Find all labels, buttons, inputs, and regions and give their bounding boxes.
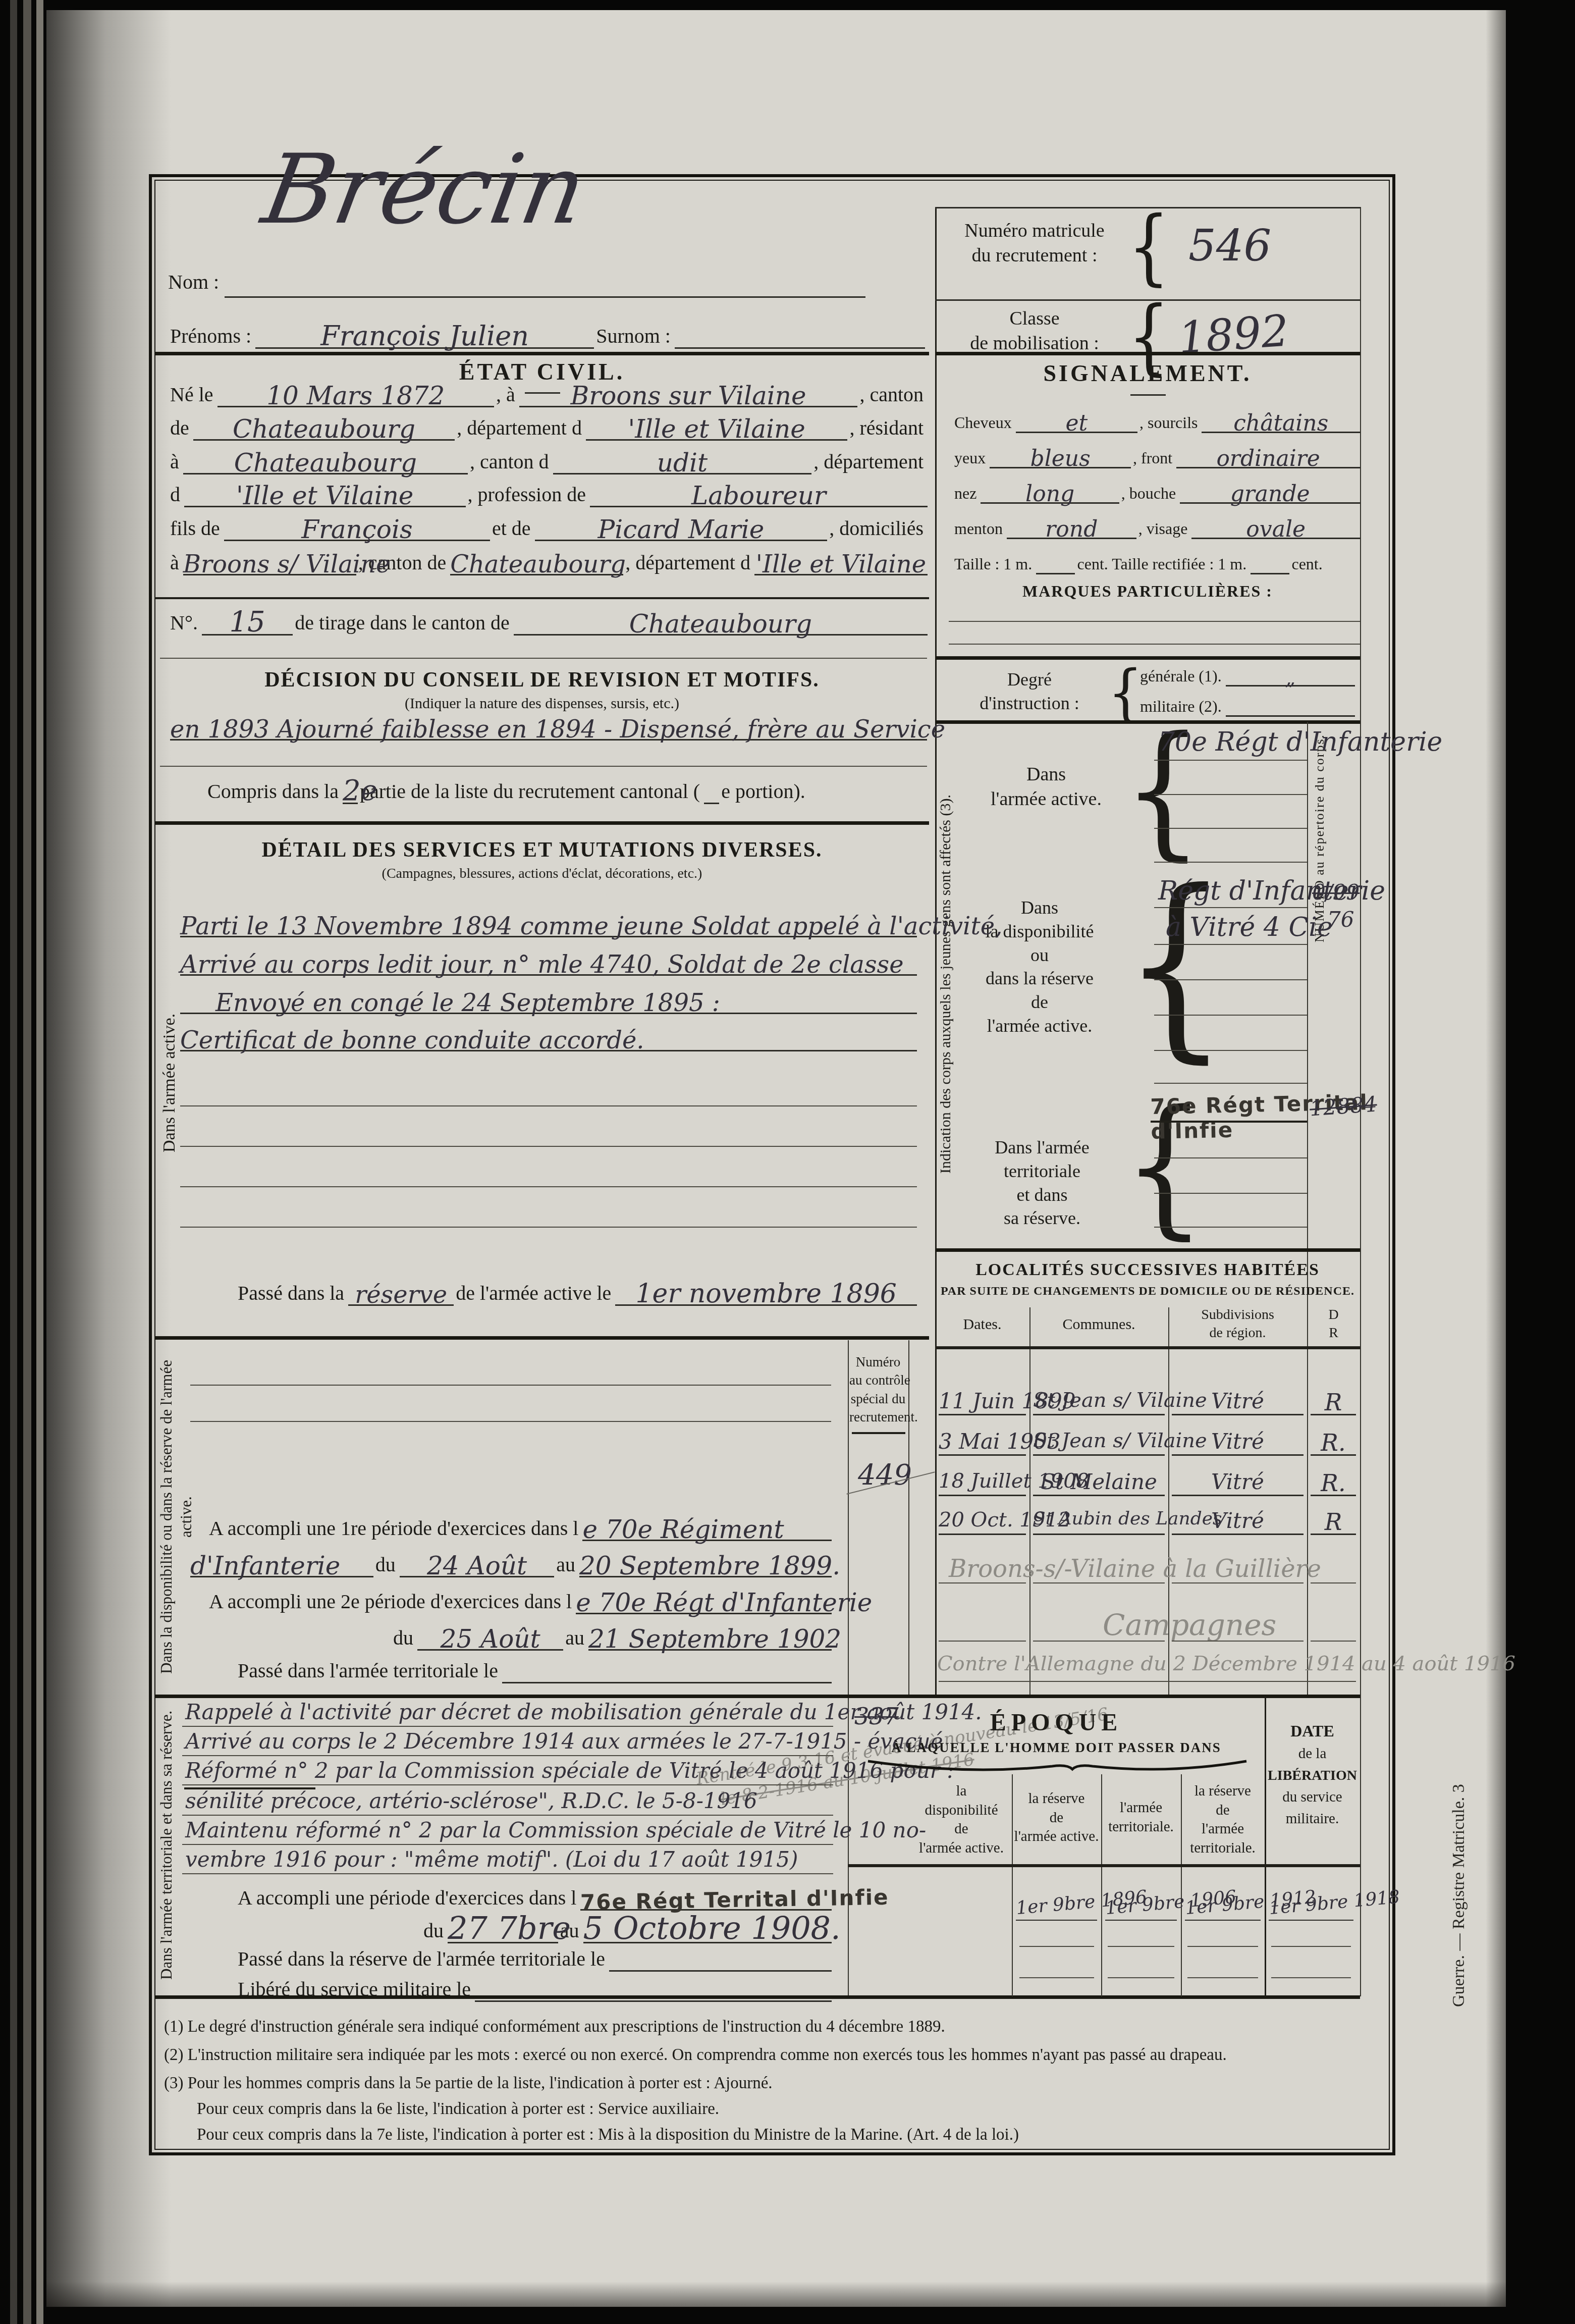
- degre-generale-label: générale (1).: [1138, 667, 1226, 686]
- residant-label: , résidant: [847, 416, 928, 441]
- epoque-blank-line: [1271, 1946, 1351, 1947]
- passe-value2: 1er novembre 1896: [636, 1279, 897, 1309]
- du-label: du: [391, 1626, 417, 1651]
- epoque-value-col4: 1er 9bre 1912: [1185, 1889, 1261, 1921]
- profession-label: , profession de: [466, 483, 590, 507]
- d-label: d: [168, 483, 184, 507]
- departement-label: , département d: [623, 551, 754, 575]
- territoriale-line4: sénilité précoce, artério-sclérose", R.D…: [185, 1788, 757, 1813]
- epoque-blank-line: [1019, 1946, 1094, 1947]
- nom-line: [225, 296, 865, 298]
- corps-line: [1154, 828, 1307, 829]
- etat-civil-row6: à Broons s/ Vilaine , canton de Chateaub…: [168, 544, 928, 575]
- disponibilite-side-label: Dans la disponibilité ou dans la réserve…: [157, 1350, 199, 1683]
- services-entry: Certificat de bonne conduite accordé.: [180, 1026, 644, 1054]
- services-entry: Envoyé en congé le 24 Septembre 1895 :: [180, 989, 720, 1017]
- de-label: de: [168, 416, 193, 441]
- services-bottom-rule: [155, 1336, 929, 1340]
- departement-label: , département d: [455, 416, 586, 441]
- services-entry: Parti le 13 Novembre 1894 comme jeune So…: [180, 912, 1002, 940]
- au-label: au: [554, 1553, 579, 1577]
- periode2-au-value: 21 Septembre 1902: [588, 1624, 841, 1654]
- corps-bottom-rule: [935, 1248, 1360, 1252]
- periode1-du-value: 24 Août: [427, 1551, 527, 1580]
- numero-tirage-value: 15: [229, 606, 265, 639]
- tirage-row: N°. 15 de tirage dans le canton de Chate…: [168, 604, 928, 636]
- footnote-2: (2) L'instruction militaire sera indiqué…: [164, 2046, 1227, 2065]
- corps-line: [1154, 1050, 1307, 1051]
- localites-cell: 11 Juin 1899: [939, 1385, 1026, 1415]
- passe-reserve-territoriale-row: Passé dans la réserve de l'armée territo…: [236, 1943, 832, 1972]
- cent-label: cent.: [1289, 555, 1326, 574]
- nez-label: nez: [952, 484, 981, 504]
- campagnes-title: Campagnes: [1103, 1608, 1276, 1642]
- services-line1: Parti le 13 Novembre 1894 comme jeune So…: [180, 907, 917, 937]
- corps-active-label: Dans l'armée active.: [970, 762, 1122, 812]
- services-blank-line: [180, 1146, 917, 1147]
- departement-label: , département: [811, 450, 928, 474]
- front-label: , front: [1131, 449, 1176, 468]
- localites-cell: Vitré: [1172, 1465, 1304, 1496]
- epoque-blank-line: [1271, 1977, 1351, 1978]
- territoriale-underline: [182, 1755, 833, 1756]
- corps-terr-margin-note: 12884: [1309, 1091, 1378, 1121]
- bouche-value: grande: [1230, 481, 1310, 507]
- compris-label: Compris dans la: [205, 779, 343, 804]
- periode1-label: A accompli une 1re période d'exercices d…: [207, 1516, 582, 1541]
- localites-subtitle: PAR SUITE DE CHANGEMENTS DE DOMICILE OU …: [935, 1285, 1360, 1298]
- domicilies-label: , domiciliés: [827, 516, 928, 541]
- blank-line: [160, 766, 927, 767]
- epoque-col1-label: ladisponibilitédel'armée active.: [911, 1782, 1012, 1858]
- epoque-title: ÉPOQUE: [848, 1709, 1265, 1736]
- page-edge-shadow: [46, 2282, 1506, 2307]
- blank-line: [160, 658, 927, 659]
- passe-label2: de l'armée active le: [454, 1281, 615, 1306]
- territoriale-underline: [182, 1726, 833, 1727]
- decision-value: en 1893 Ajourné faiblesse en 1894 - Disp…: [170, 715, 945, 744]
- degre-generale-row: générale (1). „: [1138, 661, 1355, 686]
- taille-rectifiee-label: cent. Taille rectifiée : 1 m.: [1075, 555, 1251, 574]
- surnom-value-line: [675, 347, 925, 349]
- signalement-bottom-rule: [935, 656, 1360, 660]
- front-value: ordinaire: [1216, 446, 1320, 471]
- localites-cell: R: [1311, 1504, 1356, 1535]
- corps-line: [1154, 760, 1307, 761]
- etat-civil-row1: Né le 10 Mars 1872 , à Broons sur Vilain…: [168, 376, 928, 407]
- etat-civil-row4: d 'Ille et Vilaine , profession de Labou…: [168, 476, 928, 507]
- matricule-label: Numéro matricule du recrutement :: [946, 219, 1123, 269]
- territoriale-underline: [182, 1873, 833, 1874]
- corps-line: [1154, 1015, 1307, 1016]
- sourcils-value: châtains: [1233, 410, 1328, 436]
- tirage-canton-label: de tirage dans le canton de: [293, 611, 513, 636]
- dispo-blank-line: [190, 1421, 831, 1422]
- matricule-brace: {: [1128, 205, 1170, 288]
- passe-reserve-territoriale-label: Passé dans la réserve de l'armée territo…: [236, 1947, 609, 1972]
- corps-line: [1154, 794, 1307, 795]
- menton-row: menton rond , visage ovale: [952, 510, 1360, 539]
- passe-reserve-row: Passé dans la réserve de l'armée active …: [236, 1275, 917, 1306]
- localites-cell: 20 Oct. 1912: [939, 1504, 1026, 1535]
- book-spine-strip: [10, 0, 17, 2324]
- nom-label: Nom :: [168, 270, 219, 294]
- taille-label: Taille : 1 m.: [952, 555, 1036, 574]
- matricule-form: Nom : Brécin Prénoms : François Julien S…: [149, 174, 1395, 2155]
- bouche-label: , bouche: [1119, 484, 1180, 504]
- periode2-label: A accompli une 2e période d'exercices da…: [207, 1590, 576, 1614]
- matricule-value: 546: [1188, 221, 1271, 271]
- canton2-value: udit: [657, 448, 708, 478]
- classe-label: Classe de mobilisation :: [946, 306, 1123, 356]
- et-de-label: et de: [490, 516, 535, 541]
- compris-label2: partie de la liste du recrutement canton…: [358, 779, 704, 804]
- departement3-value: 'Ille et Vilaine: [756, 550, 926, 578]
- book-spine-strip: [36, 0, 43, 2324]
- localites-col-divider: [1029, 1307, 1030, 1695]
- numero-repertoire-divider: [1307, 722, 1308, 1695]
- services-entry: Arrivé au corps ledit jour, n° mle 4740,…: [180, 950, 904, 979]
- decision-bottom-rule: [155, 821, 929, 825]
- etat-civil-bottom-rule: [155, 597, 929, 599]
- passe-value1: réserve: [355, 1281, 447, 1309]
- compris-row: Compris dans la 2e partie de la liste du…: [205, 774, 882, 804]
- degre-generale-value: „: [1285, 666, 1295, 690]
- services-line2: Arrivé au corps ledit jour, n° mle 4740,…: [180, 945, 917, 976]
- territoriale-du-value: 27 7bre: [448, 1910, 571, 1946]
- localites-cell: St Aubin des Landes: [1033, 1504, 1165, 1535]
- corps-terr-label: Dans l'armée territoriale et dans sa rés…: [966, 1136, 1118, 1230]
- periode1-row1: A accompli une 1re période d'exercices d…: [207, 1511, 832, 1541]
- yeux-row: yeux bleus , front ordinaire: [952, 439, 1360, 468]
- nez-value: long: [1025, 481, 1074, 507]
- localites-cell: R.: [1311, 1465, 1356, 1496]
- menton-value: rond: [1045, 516, 1098, 542]
- corps-stamp-line: [1151, 1121, 1307, 1123]
- sourcils-label: , sourcils: [1137, 413, 1202, 433]
- du-label: du: [421, 1919, 448, 1943]
- corps-line: [1154, 944, 1307, 945]
- marques-line: [949, 644, 1360, 645]
- au-label: au: [563, 1626, 588, 1651]
- prenoms-value: François Julien: [320, 320, 529, 352]
- canton-label: , canton d: [468, 450, 553, 474]
- epoque-header-rule: [848, 1864, 1360, 1867]
- fils-de-label: fils de: [168, 516, 224, 541]
- periode1-value2: d'Infanterie: [190, 1551, 340, 1580]
- epoque-blank-line: [1108, 1977, 1174, 1978]
- degre-label: Degré d'instruction :: [956, 668, 1103, 715]
- marques-line: [949, 621, 1360, 622]
- footnote-3: (3) Pour les hommes compris dans la 5e p…: [164, 2074, 773, 2093]
- yeux-value: bleus: [1030, 446, 1091, 471]
- cheveux-row: Cheveux et , sourcils châtains: [952, 404, 1360, 433]
- localites-header-rule: [935, 1346, 1360, 1349]
- services-blank-line: [180, 1105, 917, 1106]
- departement-value: 'Ille et Vilaine: [628, 414, 805, 444]
- footnote-4: Pour ceux compris dans la 6e liste, l'in…: [197, 2100, 719, 2119]
- epoque-value-col2: 1er 9bre 1896: [1016, 1889, 1097, 1921]
- localites-cell: Vitré: [1172, 1385, 1304, 1415]
- visage-value: ovale: [1246, 516, 1306, 542]
- controle-col-right: [908, 1340, 909, 1695]
- campagnes-value: Contre l'Allemagne du 2 Décembre 1914 au…: [937, 1652, 1515, 1675]
- localites-cell: St Melaine: [1033, 1465, 1165, 1496]
- date-liberation-label: DATE de la LIBÉRATION du service militai…: [1266, 1719, 1359, 1830]
- canton-value: Chateaubourg: [233, 414, 415, 444]
- corps-active-value: 70e Régt d'Infanterie: [1158, 727, 1442, 757]
- corps-line: [1154, 907, 1307, 908]
- numero-tirage-label: N°.: [168, 611, 202, 636]
- footnote-1: (1) Le degré d'instruction générale sera…: [164, 2018, 945, 2036]
- decision-subtitle: (Indiquer la nature des dispenses, sursi…: [155, 695, 929, 712]
- territoriale-du-au-row: du 27 7bre au 5 Octobre 1908.: [421, 1908, 832, 1943]
- epoque-col3-label: l'arméeterritoriale.: [1102, 1799, 1180, 1836]
- corps-line: [1154, 1227, 1307, 1228]
- main-column-divider: [935, 207, 937, 1696]
- visage-label: , visage: [1136, 519, 1192, 539]
- corps-dispo-margin-note: 0/99: [1312, 880, 1360, 905]
- surnom-label: Surnom :: [594, 324, 675, 349]
- territoriale-line5: Maintenu réformé n° 2 par la Commission …: [185, 1818, 926, 1842]
- dispo-blank-line: [190, 1385, 831, 1386]
- mother-value: Picard Marie: [598, 515, 765, 544]
- printers-margin-caption: Guerre. — Registre Matricule. 3: [1449, 1605, 1469, 2186]
- passe-territoriale-label: Passé dans l'armée territoriale le: [236, 1659, 502, 1683]
- epoque-value-col3: 1er 9bre 1906: [1105, 1889, 1177, 1921]
- identity-bottom-rule: [155, 352, 929, 355]
- decision-title: DÉCISION DU CONSEIL DE REVISION ET MOTIF…: [155, 668, 929, 692]
- services-line3: Envoyé en congé le 24 Septembre 1895 :: [180, 984, 917, 1014]
- localites-blank-line: [939, 1641, 1026, 1642]
- prenoms-label: Prénoms :: [168, 324, 255, 349]
- periode1-au-value: 20 Septembre 1899.: [579, 1551, 840, 1580]
- periode2-value: e 70e Régt d'Infanterie: [576, 1588, 872, 1617]
- epoque-subtitle: À LAQUELLE L'HOMME DOIT PASSER DANS: [848, 1740, 1265, 1756]
- epoque-value-date: 1er 9bre 1918: [1269, 1889, 1353, 1921]
- yeux-label: yeux: [952, 449, 990, 468]
- epoque-blank-line: [1187, 1946, 1258, 1947]
- services-subtitle: (Campagnes, blessures, actions d'éclat, …: [155, 866, 929, 882]
- services-line4: Certificat de bonne conduite accordé.: [180, 1021, 917, 1051]
- corps-line: [1154, 1193, 1307, 1194]
- corps-dispo-margin-note2: 76: [1327, 907, 1354, 932]
- prenoms-row: Prénoms : François Julien Surnom :: [168, 315, 925, 349]
- etat-civil-row3: à Chateaubourg , canton d udit , départe…: [168, 443, 928, 474]
- localites-cell: St Jean s/ Vilaine: [1033, 1385, 1165, 1415]
- decision-value-row: en 1893 Ajourné faiblesse en 1894 - Disp…: [170, 710, 927, 741]
- territoriale-underline: [182, 1815, 833, 1816]
- services-blank-line: [180, 1186, 917, 1187]
- nom-value: Brécin: [255, 134, 594, 245]
- mid-full-rule: [155, 1695, 1360, 1698]
- taille-row: Taille : 1 m. cent. Taille rectifiée : 1…: [952, 545, 1360, 574]
- services-title: DÉTAIL DES SERVICES ET MUTATIONS DIVERSE…: [155, 838, 929, 862]
- controle-header-rule: [852, 1432, 905, 1434]
- territoriale-line6: vembre 1916 pour : "même motif". (Loi du…: [185, 1847, 798, 1872]
- canton-label: , canton: [857, 383, 928, 407]
- corps-line: [1154, 979, 1307, 980]
- localites-cell: 3 Mai 1903: [939, 1425, 1026, 1456]
- localites-col-dr: D R: [1307, 1306, 1360, 1343]
- nez-row: nez long , bouche grande: [952, 474, 1360, 504]
- passe-label: Passé dans la: [236, 1281, 348, 1306]
- du-label: du: [373, 1553, 400, 1577]
- a-label: à: [168, 551, 183, 575]
- profession-value: Laboureur: [691, 481, 826, 510]
- epoque-col2-label: la réservedel'armée active.: [1013, 1789, 1100, 1846]
- territoriale-line3: Réformé n° 2 par la Commission spéciale …: [185, 1758, 954, 1783]
- canton3-value: Chateaubourg: [450, 550, 626, 578]
- localites-cell: R.: [1311, 1425, 1356, 1456]
- bottom-full-rule: [155, 1995, 1360, 1999]
- localites-blank-line: [1172, 1641, 1304, 1642]
- controle-value: 449: [858, 1459, 912, 1492]
- tirage-canton-value: Chateaubourg: [629, 609, 812, 639]
- footnote-5: Pour ceux compris dans la 7e liste, l'in…: [197, 2126, 1019, 2144]
- corps-dispo-value2: à Vitré 4 Cie: [1166, 912, 1333, 942]
- localites-blank-line: [939, 1681, 1356, 1682]
- a-label: à: [168, 450, 183, 474]
- localites-blank-line: [1033, 1641, 1165, 1642]
- signalement-title: SIGNALEMENT.: [935, 360, 1360, 387]
- localites-cell: St Jean s/ Vilaine: [1033, 1425, 1165, 1456]
- localites-cell: Vitré: [1172, 1425, 1304, 1456]
- controle-header: Numéro au contrôle spécial du recrutemen…: [849, 1353, 907, 1427]
- etat-civil-row5: fils de François et de Picard Marie , do…: [168, 510, 928, 541]
- signalement-title-dash: [1130, 394, 1166, 396]
- localites-col-subdivisions: Subdivisions de région.: [1168, 1306, 1307, 1343]
- localites-col-dates: Dates.: [935, 1316, 1029, 1333]
- localites-cell: 18 Juillet 1908: [939, 1465, 1026, 1496]
- marques-label: MARQUES PARTICULIÈRES :: [935, 582, 1360, 601]
- periode1-value: e 70e Régiment: [582, 1515, 784, 1544]
- birthdate-value: 10 Mars 1872: [266, 381, 445, 410]
- father-value: François: [301, 515, 412, 544]
- book-spine-strip: [23, 0, 31, 2324]
- epoque-blank-line: [1187, 1977, 1258, 1978]
- localites-blank-line: [1311, 1641, 1356, 1642]
- a-label: , à: [494, 383, 519, 407]
- localites-cell: R: [1311, 1385, 1356, 1415]
- periode1-row2: d'Infanterie du 24 Août au 20 Septembre …: [190, 1547, 832, 1577]
- epoque-blank-line: [1019, 1977, 1094, 1978]
- localites-title: LOCALITÉS SUCCESSIVES HABITÉES: [935, 1260, 1360, 1280]
- territoriale-underline: [182, 1844, 833, 1845]
- territoriale-underline: [182, 1784, 833, 1785]
- compris-label3: e portion).: [719, 779, 809, 804]
- epoque-brace: [865, 1758, 1249, 1773]
- birthplace-value: Broons sur Vilaine: [571, 381, 806, 410]
- etat-civil-row2: de Chateaubourg , département d 'Ille et…: [168, 409, 928, 441]
- services-blank-line: [180, 1227, 917, 1228]
- cheveux-label: Cheveux: [952, 413, 1016, 433]
- ne-le-label: Né le: [168, 383, 218, 407]
- localites-pencil-note: Broons-s/-Vilaine à la Guillière: [949, 1555, 1321, 1583]
- territoriale-au-value: 5 Octobre 1908.: [583, 1910, 841, 1946]
- passe-territoriale-row: Passé dans l'armée territoriale le: [236, 1654, 832, 1683]
- localites-col-communes: Communes.: [1029, 1316, 1168, 1333]
- domicile-value: Broons s/ Vilaine: [183, 550, 391, 578]
- residence-value: Chateaubourg: [234, 448, 417, 478]
- periode2-row1: A accompli une 2e période d'exercices da…: [207, 1584, 832, 1614]
- epoque-blank-line: [1108, 1946, 1174, 1947]
- menton-label: menton: [952, 519, 1007, 539]
- localites-cell: Vitré: [1172, 1504, 1304, 1535]
- cheveux-value: et: [1065, 410, 1088, 436]
- periode2-du-value: 25 Août: [441, 1624, 540, 1654]
- page-edge-shadow: [1486, 10, 1506, 2307]
- corps-line: [1154, 1157, 1307, 1158]
- periode2-row2: du 25 Août au 21 Septembre 1902: [391, 1620, 832, 1651]
- compris-value: 2e: [343, 774, 377, 807]
- departement2-value: 'Ille et Vilaine: [236, 481, 413, 510]
- territoriale-line2: Arrivé au corps le 2 Décembre 1914 aux a…: [185, 1729, 943, 1754]
- epoque-col4-label: la réservedel'arméeterritoriale.: [1182, 1782, 1264, 1858]
- classe-bottom-rule: [935, 352, 1360, 355]
